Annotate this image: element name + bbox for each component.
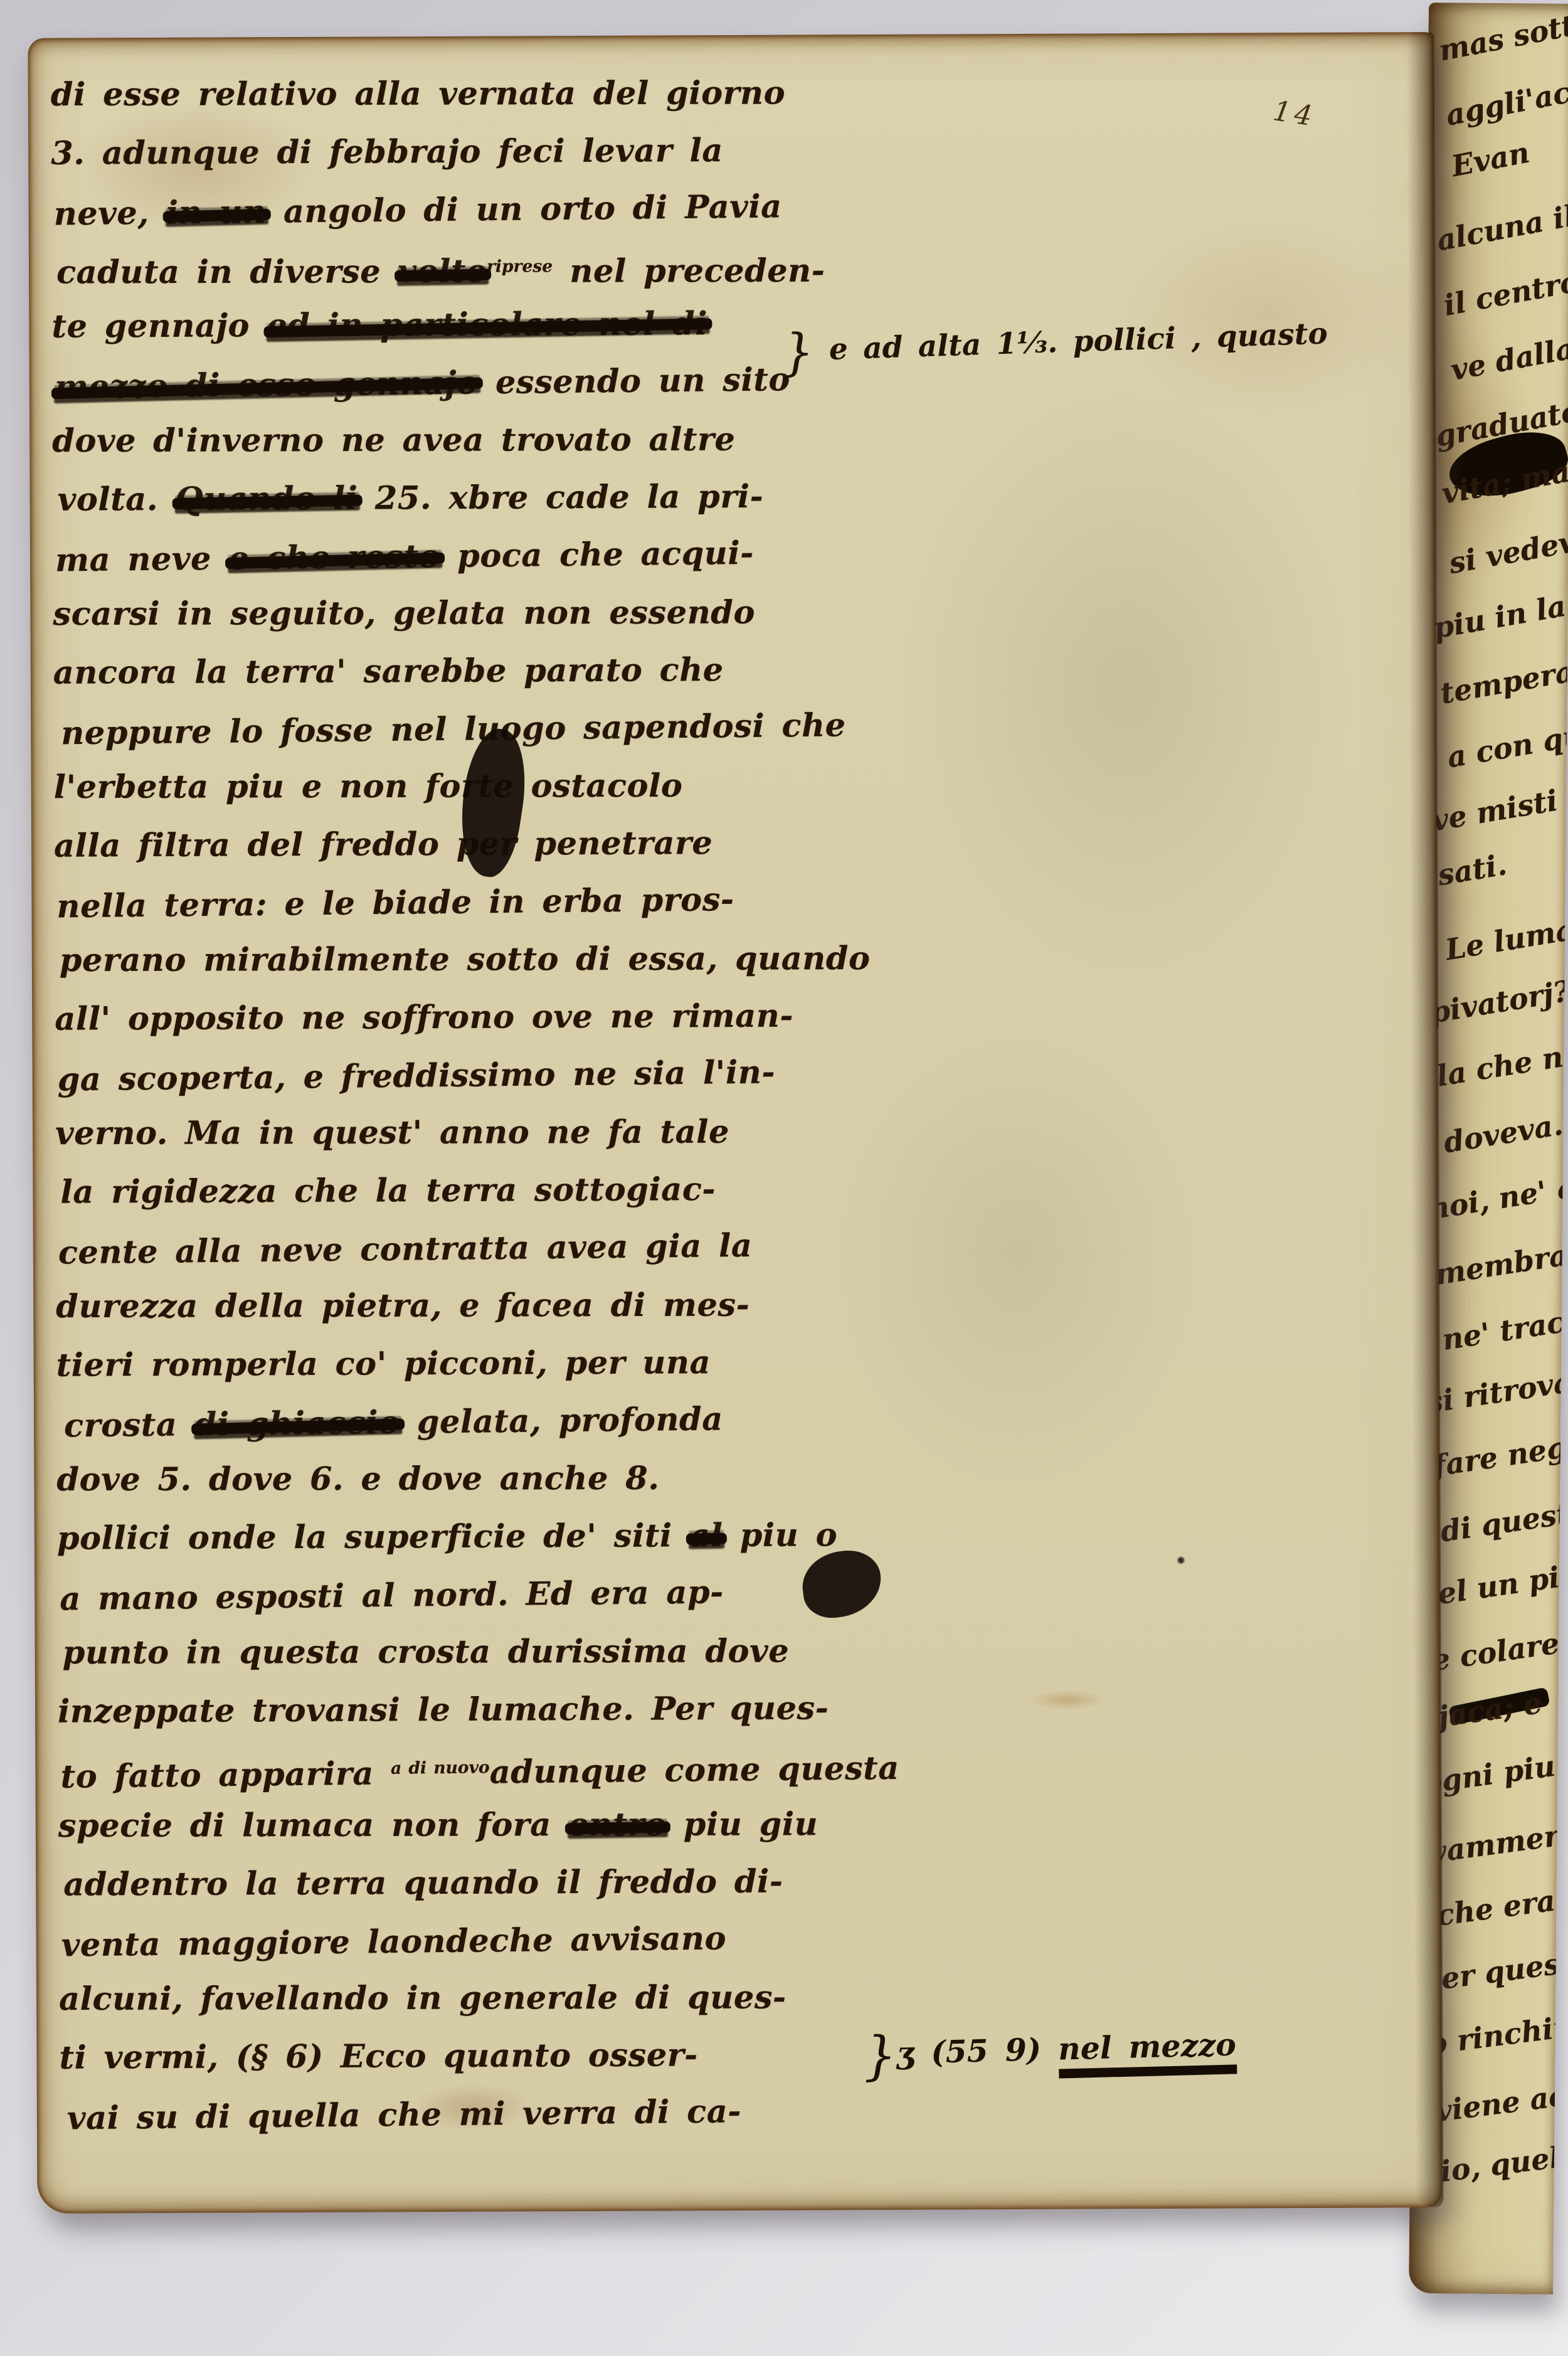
next-page-line-fragment: membranacei [1433,1224,1568,1292]
next-page-line-fragment: o rinchiudi [1426,2005,1568,2062]
page-number: 14 [1271,95,1318,133]
next-page-line-fragment: viene accomp [1433,2067,1568,2128]
handwritten-text: addentro la terra quando il freddo di- [63,1863,783,1904]
next-page-line-fragment: ogni piu [1421,1749,1557,1800]
handwritten-text: specie di lumaca non fora [58,1806,568,1845]
measure-value: (55 9) [931,2031,1042,2070]
next-page-line-fragment: la che nel [1434,1035,1568,1093]
next-page-line-fragment: alcuna il gl [1434,191,1568,257]
manuscript-line: addentro la terra quando il freddo di- [63,1852,1037,1914]
struck-out-text: al [689,1517,723,1554]
struck-out-text: in un [166,193,266,232]
manuscript-line: perano mirabilmente sotto di essa, quand… [60,930,1033,990]
brace-mark: } [862,2025,897,2086]
handwritten-text: te gennajo [51,307,267,345]
manuscript-line: 3. adunque di febbrajo feci levar la [51,120,1029,183]
next-page-line-fragment: Le lumache [1443,903,1568,967]
handwritten-text: punto in questa crosta durissima dove [63,1632,790,1672]
handwritten-text: volta. [58,480,176,519]
struck-out-text: entro [568,1806,667,1844]
next-page-line-fragment: noi, ne' quad [1426,1160,1568,1226]
handwritten-text: dove 5. dove 6. e dove anche 8. [56,1460,659,1499]
manuscript-line: punto in questa crosta durissima dove [63,1622,1036,1682]
next-page-line-fragment: jaca; e [1436,1686,1544,1734]
marginal-note-text: e ad alta 1⅓. pollici , quasto [829,316,1328,367]
struck-out-text: Quando li [175,480,358,518]
next-page-line-fragment: il centro da [1441,255,1568,322]
handwritten-text: ga scoperta, e freddissimo ne sia l'in- [57,1053,775,1098]
manuscript-line: pollici onde la superficie de' siti al p… [57,1505,1036,1568]
next-page-line-fragment: fare negar n [1431,1421,1568,1483]
handwritten-text: alla filtra del freddo per penetrare [54,824,713,865]
next-page-line-fragment: per questo o [1419,1939,1568,1998]
manuscript-line: nella terra: e le biade in erba pros- [56,868,1036,935]
next-page-line-fragment: aggli'accubat [1443,58,1568,132]
handwritten-text: la rigidezza che la terra sottogiac- [60,1170,716,1211]
handwritten-text: ma neve [55,540,229,580]
manuscript-line: alla filtra del freddo per penetrare [54,813,1032,875]
manuscript-line: volta. Quando li 25. xbre cade la pri- [57,467,1030,529]
next-page-fragments: mas sotto troaggli'accubatEvanalcuna il … [1429,3,1568,4]
next-page-line-fragment: ve dalla piu [1448,320,1568,387]
manuscript-line: verno. Ma in quest' anno ne fa tale [55,1103,1034,1163]
manuscript-line: vai su di quella che mi verra di ca- [66,2079,1041,2147]
manuscript-line: all' opposito ne soffrono ove ne riman- [55,986,1033,1048]
manuscript-line: specie di lumaca non fora entro piu giu [58,1795,1037,1855]
handwritten-text: essendo un sito [478,361,790,401]
brace-mark: } [781,322,815,382]
handwritten-text: perano mirabilmente sotto di essa, quand… [60,940,871,979]
manuscript-line: durezza della pietra, e facea di mes- [56,1276,1034,1336]
next-page-line-fragment: che era del [1434,1876,1568,1933]
manuscript-line: di esse relativo alla vernata del giorno [51,64,1029,124]
manuscript-line: scarsi in seguito, gelata non essendo [53,583,1031,644]
scribal-symbol: ʒ [896,2034,914,2071]
manuscript-line: ancora la terra' sarebbe parato che [53,640,1032,702]
handwritten-text: piu giu [666,1805,818,1844]
handwritten-text: caduta in diverse [56,253,398,291]
manuscript-line: cente alla neve contratta avea gia la [58,1214,1037,1281]
handwritten-text: nella terra: e le biade in erba pros- [56,881,734,925]
handwritten-text: scarsi in seguito, gelata non essendo [53,594,755,634]
handwritten-text: nel preceden- [553,252,825,290]
next-page-line-fragment: ve misti ma [1429,773,1568,838]
next-page-line-fragment: a con quella [1444,708,1568,775]
manuscript-line: to fatto apparira a di nuovoadunque come… [60,1733,1039,1801]
handwritten-text: 25. xbre cade la pri- [358,478,763,517]
handwritten-text: cente alla neve contratta avea gia la [58,1227,753,1272]
handwritten-text: neve, [53,194,166,233]
manuscript-line: dove 5. dove 6. e dove anche 8. [56,1449,1035,1509]
photo-background: mas sotto troaggli'accubatEvanalcuna il … [0,0,1568,2356]
handwritten-text: di esse relativo alla vernata del giorno [51,74,785,114]
manuscript-line: crosta di ghiaccio gelata, profonda [64,1387,1038,1455]
handwritten-text: crosta [64,1406,194,1445]
manuscript-page: 14 di esse relativo alla vernata del gio… [28,32,1442,2214]
next-page-line-fragment: vammerdam [1428,1810,1568,1870]
manuscript-line: ma neve e che resto poca che acqui- [55,521,1034,589]
next-page-line-fragment: mas sotto tro [1436,3,1568,68]
handwritten-text: ancora la terra' sarebbe parato che [53,651,724,692]
struck-out-text: mezzo di esso gennajo [55,364,479,406]
manuscript-line: neve, in un angolo di un orto di Pavia [53,175,1032,243]
next-page-line-fragment: tel un picciol [1422,1549,1568,1613]
manuscript-line: tieri romperla co' picconi, per una [56,1332,1034,1394]
manuscript-line: venta maggiore laondeche avvisano [61,1906,1040,1974]
handwritten-text: angolo di un orto di Pavia [266,188,782,231]
next-page-line-fragment: e colare altor [1429,1614,1568,1677]
next-page-line-fragment: pivatorj? d [1428,969,1568,1030]
handwritten-text: pollici onde la superficie de' siti [57,1517,689,1557]
next-page-line-fragment: si vedevano [1446,514,1568,580]
manuscript-line: inzeppate trovansi le lumache. Per ques- [58,1679,1036,1741]
next-page-line-fragment: Evan [1449,135,1532,183]
handwritten-text: all' opposito ne soffrono ove ne riman- [55,997,793,1038]
struck-out-text: e che resto [228,538,440,578]
handwritten-text: durezza della pietra, e facea di mes- [56,1287,750,1326]
marginal-note-measure: }ʒ (55 9) nel mezzo [862,2016,1237,2086]
next-page-line-fragment: si ritrovano c [1424,1355,1568,1420]
underlined-phrase: nel mezzo [1057,2026,1237,2078]
handwritten-text: piu o [723,1516,837,1554]
handwritten-text: ti vermi, (§ 6) Ecco quanto osser- [59,2036,698,2076]
handwritten-text: a mano esposti al nord. Ed era ap- [60,1573,724,1618]
next-page-line-fragment: ne' trachei for [1440,1289,1568,1357]
struck-out-text: ed in particolare nel di [267,305,707,344]
handwritten-text: neppure lo fosse nel luogo sapendosi che [61,706,846,752]
struck-out-text: volte [398,253,487,290]
handwritten-text: verno. Ma in quest' anno ne fa tale [55,1113,729,1152]
manuscript-line: alcuni, favellando in generale di ques- [59,1968,1037,2029]
manuscript-line: ga scoperta, e freddissimo ne sia l'in- [57,1041,1036,1108]
manuscript-line: la rigidezza che la terra sottogiac- [60,1159,1034,1221]
handwritten-text: vai su di quella che mi verra di ca- [67,2093,742,2137]
interline-insertion: riprese [487,257,553,276]
handwritten-text: venta maggiore laondeche avvisano [61,1919,726,1964]
next-page-line-fragment: piu in la del [1431,578,1568,645]
handwritten-text: to fatto apparira [60,1754,391,1796]
manuscript-line: dove d'inverno ne avea trovato altre [52,410,1030,470]
handwritten-text: alcuni, favellando in generale di ques- [59,1978,787,2018]
manuscript-line: caduta in diverse volteriprese nel prece… [56,237,1030,297]
struck-out-text: di ghiaccio [194,1404,400,1443]
handwritten-text: l'erbetta piu e non forte ostacolo [54,767,683,806]
next-page-line-fragment: sati. [1435,847,1509,892]
handwritten-text: poca che acqui- [440,534,755,575]
next-page-line-fragment: di quest' aria [1438,1485,1568,1549]
manuscript-line: neppure lo fosse nel luogo sapendosi che [61,694,1035,762]
handwritten-text: tieri romperla co' picconi, per una [56,1344,711,1384]
handwritten-text: dove d'inverno ne avea trovato altre [52,421,735,460]
interline-insertion: a di nuovo [391,1758,490,1778]
handwritten-text: gelata, profonda [400,1400,723,1441]
manuscript-line: a mano esposti al nord. Ed era ap- [60,1560,1039,1628]
handwritten-text: 3. adunque di febbrajo feci levar la [51,132,723,172]
next-page-line-fragment: doveva. Ma [1441,1098,1568,1159]
manuscript-line: l'erbetta piu e non forte ostacolo [54,756,1032,817]
next-page-line-fragment: temperatura [1438,642,1568,710]
handwritten-text: inzeppate trovansi le lumache. Per ques- [58,1689,829,1730]
handwritten-text: adunque come questa [489,1749,899,1791]
